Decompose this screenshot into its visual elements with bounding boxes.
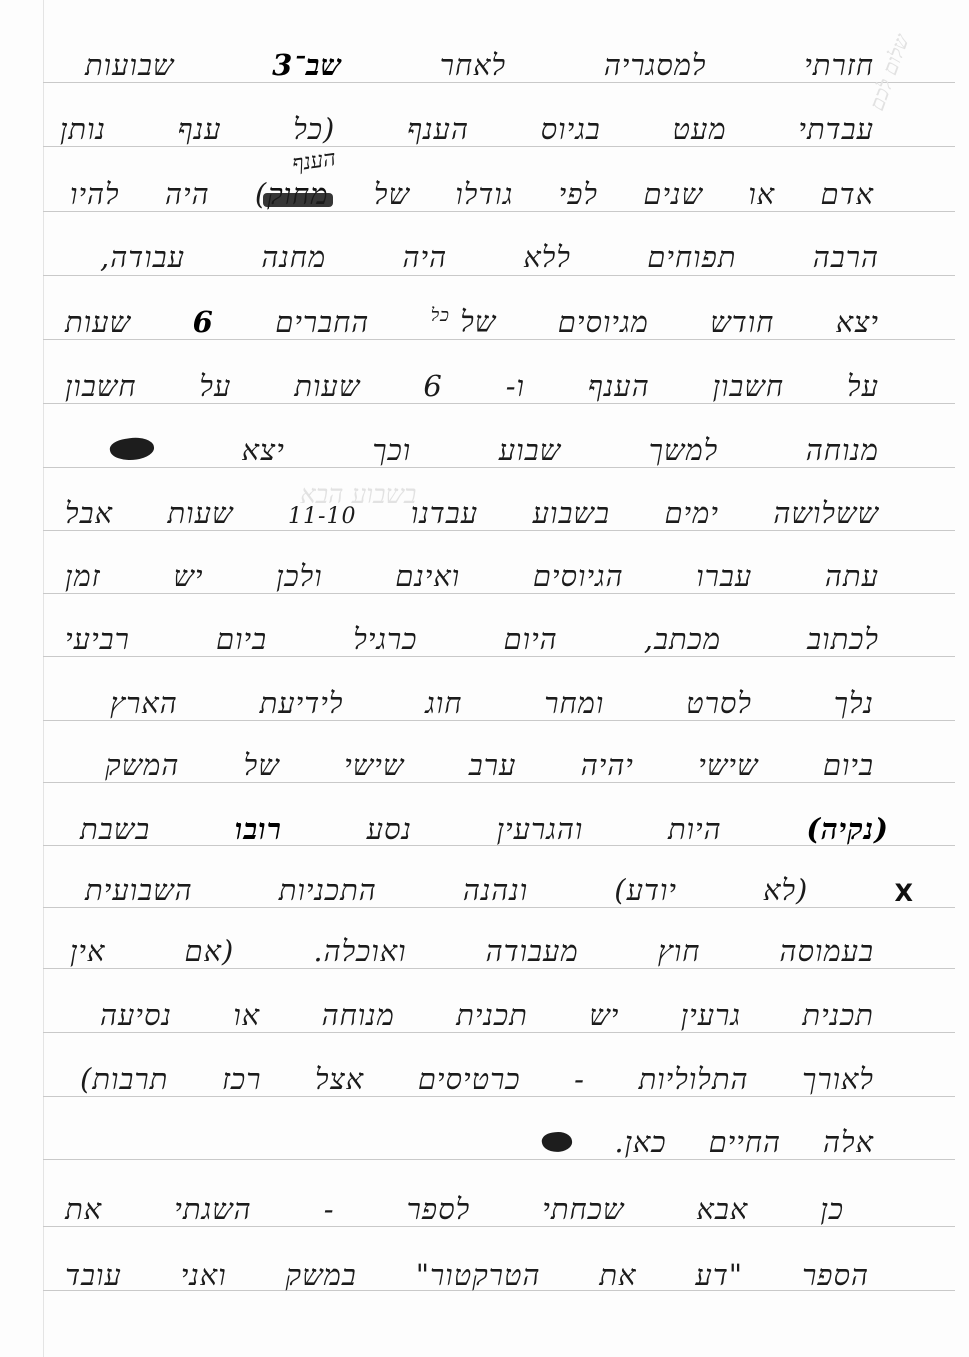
word: היות xyxy=(668,815,722,848)
word: של xyxy=(244,751,280,784)
word: ואינם xyxy=(395,562,460,595)
word: את xyxy=(65,1195,102,1228)
letter-line-19: כן אבא שכחתי לספר - השגתי את xyxy=(65,1180,844,1228)
word: לידיעת xyxy=(260,689,344,722)
word-number: 11-10 xyxy=(288,506,356,532)
letter-line-10: לכתוב מכתב, היום כרגיל ביום רביעי xyxy=(65,610,879,658)
word: על xyxy=(847,372,879,405)
word: עובד xyxy=(65,1261,122,1294)
word: נותן xyxy=(60,115,106,148)
word: יש xyxy=(589,1001,619,1034)
word: רביעי xyxy=(65,625,130,658)
word: יודע) xyxy=(614,876,677,909)
word: או xyxy=(748,180,775,213)
inserted-word: כל xyxy=(431,305,450,326)
word: מחנה xyxy=(261,243,326,276)
letter-line-15: בעמוסה חוץ מעבודה ואוכלה. (אם אין xyxy=(70,922,874,970)
letter-line-12: ביום שישי יהיה ערב שישי של המשק xyxy=(105,736,874,784)
word: אצל xyxy=(315,1065,364,1098)
word: של xyxy=(374,180,410,213)
word: הספר xyxy=(802,1261,869,1294)
word: תכנית xyxy=(802,1001,874,1034)
word: השגתי xyxy=(174,1195,251,1228)
ink-scribble xyxy=(109,435,156,463)
word: חודש xyxy=(710,308,774,341)
word: - xyxy=(324,1195,335,1228)
word: הארץ xyxy=(110,689,178,722)
word: שישי xyxy=(344,751,404,784)
word: הענף xyxy=(407,115,469,148)
word: יש xyxy=(173,562,203,595)
word: הענף xyxy=(588,372,650,405)
word: כאן. xyxy=(614,1128,666,1161)
word: לסרט xyxy=(686,689,752,722)
letter-line-8: ששלושה ימים בשבוע עבדנו 11-10 שעות אבל xyxy=(65,484,879,532)
word: לאורך xyxy=(802,1065,874,1098)
word: ולכן xyxy=(276,562,323,595)
word: אלה xyxy=(823,1128,874,1161)
letter-line-16: תכנית גרעין יש תכנית מנוחה או נסיעה xyxy=(100,986,874,1034)
letter-line-17: לאורך התלוליות - כרטיסים אצל רכז תרבות) xyxy=(80,1050,874,1098)
letter-line-4: הרבה תפוחים ללא היה מחנה עבודה, xyxy=(100,228,879,276)
word: מגיוסים xyxy=(558,308,649,341)
word: הטרקטור" xyxy=(416,1261,541,1294)
word: (אם xyxy=(184,937,234,970)
word: חשבון xyxy=(65,372,136,405)
word: תרבות) xyxy=(80,1065,168,1098)
word: שעות xyxy=(167,499,233,532)
word: שבוע xyxy=(499,436,561,469)
word: שעות xyxy=(65,308,131,341)
word: אדם xyxy=(821,180,874,213)
word: הרבה xyxy=(813,243,879,276)
letter-line-6: על חשבון הענף ו- 6 שעות על חשבון xyxy=(65,357,879,405)
word: (כל xyxy=(293,115,335,148)
letter-line-2: עבדתי מעט בגיוס הענף (כל ענף נותן xyxy=(60,100,874,148)
word: החיים xyxy=(709,1128,781,1161)
word-emphasized: 6 xyxy=(193,308,214,341)
word: 6 xyxy=(423,372,442,405)
word: של כל xyxy=(431,307,497,341)
word: ללא xyxy=(523,243,571,276)
word: "דע xyxy=(695,1261,743,1294)
word: החברים xyxy=(275,308,369,341)
word: היום xyxy=(504,625,558,658)
word: מכתב, xyxy=(644,625,721,658)
scribbled-out-word xyxy=(110,436,154,469)
letter-line-13: (נקיה) היות והגרעין נסע רובו בשבת xyxy=(80,800,889,848)
letter-line-7: מנוחה למשך שבוע וכך יצא xyxy=(110,421,879,469)
word: התכניות xyxy=(279,876,377,909)
word: בשבוע xyxy=(533,499,610,532)
word: תכנית xyxy=(456,1001,528,1034)
letter-line-11: נלך לסרט ומחר חוג לידיעת הארץ xyxy=(110,674,874,722)
word: עתה xyxy=(825,562,879,595)
scribbled-out-word xyxy=(542,1128,572,1161)
word: למשך xyxy=(649,436,719,469)
word: רכז xyxy=(222,1065,262,1098)
word: מנוחה xyxy=(806,436,879,469)
word: הגיוסים xyxy=(533,562,624,595)
word: נסיעה xyxy=(100,1001,172,1034)
word: עבודה, xyxy=(100,243,185,276)
ink-scribble xyxy=(541,1130,573,1154)
letter-page: שלום לכם בשבוע הבא חזרתי למסגריה לאחר שב… xyxy=(0,0,969,1357)
word-emphasized: (נקיה) xyxy=(806,815,889,848)
word: ו- xyxy=(506,372,525,405)
word: שבועות xyxy=(85,51,174,84)
word: ומחר xyxy=(544,689,604,722)
word: על xyxy=(199,372,231,405)
word: שישי xyxy=(698,751,758,784)
word: היה xyxy=(165,180,210,213)
word: להיו xyxy=(70,180,120,213)
word: - xyxy=(574,1065,585,1098)
word: חשבון xyxy=(713,372,784,405)
word: חוג xyxy=(425,689,462,722)
word: ואוכלה. xyxy=(313,937,406,970)
x-mark-icon: X xyxy=(894,881,914,909)
word: שעות xyxy=(294,372,360,405)
word: בגיוס xyxy=(541,115,601,148)
word: עברו xyxy=(696,562,752,595)
word: תפוחים xyxy=(647,243,736,276)
word: נלך xyxy=(834,689,874,722)
word: השבועית xyxy=(85,876,193,909)
letter-line-9: עתה עברו הגיוסים ואינם ולכן יש זמן xyxy=(65,547,879,595)
word: אבא xyxy=(697,1195,749,1228)
word: מנוחה xyxy=(322,1001,395,1034)
word: ששלושה xyxy=(773,499,879,532)
strikethrough: מחוק xyxy=(267,180,328,209)
word: ביום xyxy=(216,625,267,658)
word: או xyxy=(233,1001,260,1034)
word-emphasized: רובו xyxy=(235,815,282,848)
word-emphasized: שב־3 xyxy=(272,51,342,84)
word: גרעין xyxy=(681,1001,741,1034)
word: ענף xyxy=(178,115,222,148)
word: שכחתי xyxy=(542,1195,624,1228)
word: בשבת xyxy=(80,815,150,848)
word: מעט xyxy=(672,115,726,148)
word: לכתוב xyxy=(807,625,879,658)
letter-line-1: חזרתי למסגריה לאחר שב־3 שבועות xyxy=(85,36,874,84)
word: וכך xyxy=(372,436,411,469)
word: חוץ xyxy=(658,937,701,970)
word: התלוליות xyxy=(639,1065,749,1098)
word: מעבודה xyxy=(486,937,579,970)
word: יצא xyxy=(242,436,285,469)
word: עבדנו xyxy=(411,499,478,532)
word: ימים xyxy=(664,499,719,532)
word: גודלו xyxy=(455,180,513,213)
word: לספר xyxy=(407,1195,471,1228)
word: שנים xyxy=(643,180,703,213)
word: יהיה xyxy=(581,751,634,784)
word: בעמוסה xyxy=(780,937,875,970)
word: במשק xyxy=(286,1261,357,1294)
word: (לא xyxy=(763,876,808,909)
word: והגרעין xyxy=(497,815,584,848)
word: לאחר xyxy=(440,51,506,84)
word: אבל xyxy=(65,499,113,532)
letter-line-14: X (לא יודע) ונהנה התכניות השבועית xyxy=(85,861,914,909)
word: למסגריה xyxy=(604,51,707,84)
word: זמן xyxy=(65,562,101,595)
word: חזרתי xyxy=(804,51,874,84)
letter-line-20: הספר "דע את הטרקטור" במשק ואני עובד xyxy=(65,1246,869,1294)
margin-line xyxy=(43,0,44,1357)
word: ואני xyxy=(181,1261,227,1294)
word: ונהנה xyxy=(463,876,528,909)
word: היה xyxy=(402,243,447,276)
word: ערב xyxy=(469,751,517,784)
word: כרגיל xyxy=(353,625,417,658)
word: את xyxy=(599,1261,636,1294)
struck-out-word: מחוק) xyxy=(255,180,329,213)
word: כן xyxy=(820,1195,844,1228)
word: המשק xyxy=(105,751,179,784)
word: יצא xyxy=(836,308,879,341)
letter-line-3: אדם או שנים לפי גודלו של מחוק) היה להיו xyxy=(70,165,874,213)
word: נסע xyxy=(367,815,412,848)
word: עבדתי xyxy=(798,115,874,148)
word: אין xyxy=(70,937,105,970)
letter-line-5: יצא חודש מגיוסים של כל החברים 6 שעות xyxy=(65,293,879,341)
letter-line-18: אלה החיים כאן. xyxy=(380,1113,874,1161)
word: כרטיסים xyxy=(418,1065,521,1098)
word: ביום xyxy=(823,751,874,784)
word: לפי xyxy=(559,180,598,213)
